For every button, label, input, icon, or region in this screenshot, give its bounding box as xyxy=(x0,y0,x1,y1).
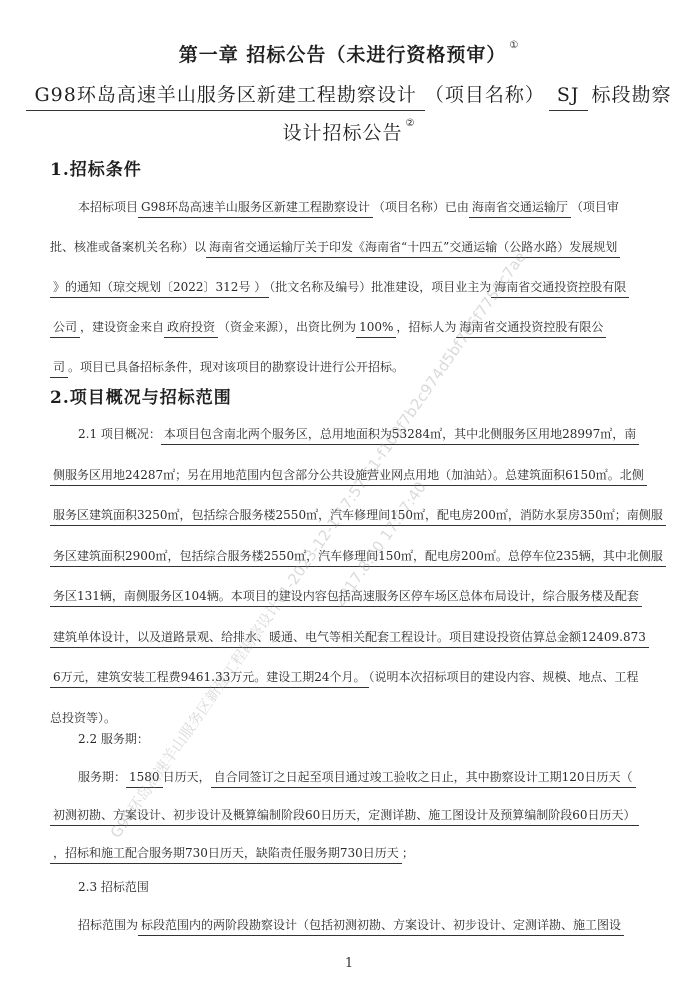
filled-field: 建筑单体设计，以及道路景观、给排水、暖通、电气等相关配套工程设计。项目建设投资估… xyxy=(50,630,649,648)
filled-field: 初测初勘、方案设计、初步设计及概算编制阶段60日历天，定测详勘、施工图设计及预算… xyxy=(50,808,639,826)
filled-field: 海南省交通运输厅 xyxy=(469,200,571,218)
filled-field: 务区建筑面积2900㎡，包括综合服务楼2550㎡，汽车修理间150㎡，配电房20… xyxy=(50,549,666,567)
static-text: （说明本次招标项目的建设内容、规模、地点、工程 xyxy=(369,670,639,684)
subsection-2-2-heading: 2.2 服务期： xyxy=(78,730,678,747)
static-text: 招标范围为 xyxy=(78,918,138,932)
section-1-heading: 1.招标条件 xyxy=(50,155,142,180)
footnote-marker: ① xyxy=(509,40,519,51)
static-text: 2.1 项目概况： xyxy=(78,427,161,441)
static-text: 服务期： xyxy=(78,770,126,784)
announcement-title-line: G98环岛高速羊山服务区新建工程勘察设计（项目名称）SJ标段勘察 xyxy=(0,80,698,107)
paragraph-line: 务区建筑面积2900㎡，包括综合服务楼2550㎡，汽车修理间150㎡，配电房20… xyxy=(50,547,650,564)
static-text: 。项目已具备招标条件，现对该项目的勘察设计进行公开招标。 xyxy=(68,360,404,374)
document-page: 第一章 招标公告（未进行资格预审）① G98环岛高速羊山服务区新建工程勘察设计（… xyxy=(0,0,698,988)
static-text: 日历天， xyxy=(163,770,211,784)
static-text: （项目审 xyxy=(571,200,619,214)
paragraph-line: 务区131辆，南侧服务区104辆。本项目的建设内容包括高速服务区停车场区总体布局… xyxy=(50,587,650,604)
static-text: （项目名称）已由 xyxy=(373,200,469,214)
paragraph-line: 司。项目已具备招标条件，现对该项目的勘察设计进行公开招标。 xyxy=(50,358,650,375)
filled-field: 》的通知（琼交规划〔2022〕312号 ） xyxy=(50,280,269,298)
static-text: ，招标人为 xyxy=(396,320,456,334)
filled-field: 1580 xyxy=(126,770,163,788)
title-tail: 标段勘察 xyxy=(592,84,672,106)
filled-field: G98环岛高速羊山服务区新建工程勘察设计 xyxy=(138,200,373,218)
paragraph-line: ，招标和施工配合服务期730日历天，缺陷责任服务期730日历天； xyxy=(50,844,650,861)
static-text: ； xyxy=(402,846,414,860)
paragraph-line: 服务期：1580日历天，自合同签订之日起至项目通过竣工验收之日止，其中勘察设计工… xyxy=(78,768,678,785)
paragraph-line: 建筑单体设计，以及道路景观、给排水、暖通、电气等相关配套工程设计。项目建设投资估… xyxy=(50,628,650,645)
filled-field: 司 xyxy=(50,360,68,378)
static-text: （资金来源），出资比例为 xyxy=(218,320,356,334)
paragraph-line: 招标范围为标段范围内的两阶段勘察设计（包括初测初勘、方案设计、初步设计、定测详勘… xyxy=(78,916,678,933)
project-name-field: G98环岛高速羊山服务区新建工程勘察设计 xyxy=(26,84,424,111)
paragraph-line: 初测初勘、方案设计、初步设计及概算编制阶段60日历天，定测详勘、施工图设计及预算… xyxy=(50,806,650,823)
static-text: （批文名称及编号）批准建设，项目业主为 xyxy=(269,280,491,294)
chapter-title: 第一章 招标公告（未进行资格预审）① xyxy=(0,40,698,67)
static-text: ，建设资金来自 xyxy=(80,320,164,334)
filled-field: 公司 xyxy=(50,320,80,338)
paragraph-line: 6万元，建筑安装工程费9461.33万元。建设工期24个月。（说明本次招标项目的… xyxy=(50,668,650,685)
paragraph-line: 批、核准或备案机关名称）以海南省交通运输厅关于印发《海南省“十四五”交通运输（公… xyxy=(50,238,650,255)
filled-field: 侧服务区用地24287㎡；另在用地范围内包含部分公共设施营业网点用地（加油站）。… xyxy=(50,468,647,486)
section-2-heading: 2.项目概况与招标范围 xyxy=(50,383,232,408)
static-text: 本招标项目 xyxy=(78,200,138,214)
page-number: 1 xyxy=(0,956,698,971)
project-name-label: （项目名称） xyxy=(425,84,545,106)
paragraph-line: 服务区建筑面积3250㎡，包括综合服务楼2550㎡，汽车修理间150㎡，配电房2… xyxy=(50,506,650,523)
filled-field: 政府投资 xyxy=(164,320,218,338)
subsection-2-3-heading: 2.3 招标范围 xyxy=(78,878,678,895)
filled-field: 标段范围内的两阶段勘察设计（包括初测初勘、方案设计、初步设计、定测详勘、施工图设 xyxy=(138,918,624,936)
static-text: 总投资等）。 xyxy=(50,711,116,725)
announcement-title-line2: 设计招标公告② xyxy=(0,118,698,145)
chapter-title-text: 第一章 招标公告（未进行资格预审） xyxy=(179,44,507,66)
footnote-marker: ② xyxy=(406,118,416,129)
paragraph-line: 总投资等）。 xyxy=(50,709,650,726)
announcement-title-text: 设计招标公告 xyxy=(283,122,403,144)
filled-field: 本项目包含南北两个服务区，总用地面积为53284㎡，其中北侧服务区用地28997… xyxy=(161,427,639,445)
filled-field: 海南省交通投资控股有限公 xyxy=(456,320,606,338)
filled-field: 自合同签订之日起至项目通过竣工验收之日止，其中勘察设计工期120日历天（ xyxy=(211,770,636,788)
filled-field: 海南省交通投资控股有限 xyxy=(491,280,629,298)
paragraph-line: 2.1 项目概况：本项目包含南北两个服务区，总用地面积为53284㎡，其中北侧服… xyxy=(78,425,678,442)
static-text: 批、核准或备案机关名称）以 xyxy=(50,240,206,254)
filled-field: 100% xyxy=(356,320,396,338)
paragraph-line: 本招标项目G98环岛高速羊山服务区新建工程勘察设计（项目名称）已由海南省交通运输… xyxy=(78,198,678,215)
paragraph-line: 侧服务区用地24287㎡；另在用地范围内包含部分公共设施营业网点用地（加油站）。… xyxy=(50,466,650,483)
filled-field: 6万元，建筑安装工程费9461.33万元。建设工期24个月。 xyxy=(50,670,369,688)
filled-field: 服务区建筑面积3250㎡，包括综合服务楼2550㎡，汽车修理间150㎡，配电房2… xyxy=(50,508,666,526)
paragraph-line: 》的通知（琼交规划〔2022〕312号 ）（批文名称及编号）批准建设，项目业主为… xyxy=(50,278,650,295)
filled-field: ，招标和施工配合服务期730日历天，缺陷责任服务期730日历天 xyxy=(50,846,402,864)
paragraph-line: 公司，建设资金来自政府投资（资金来源），出资比例为100%，招标人为海南省交通投… xyxy=(50,318,650,335)
filled-field: 务区131辆，南侧服务区104辆。本项目的建设内容包括高速服务区停车场区总体布局… xyxy=(50,589,642,607)
section-code-field: SJ xyxy=(549,84,588,111)
filled-field: 海南省交通运输厅关于印发《海南省“十四五”交通运输（公路水路）发展规划 xyxy=(206,240,620,258)
